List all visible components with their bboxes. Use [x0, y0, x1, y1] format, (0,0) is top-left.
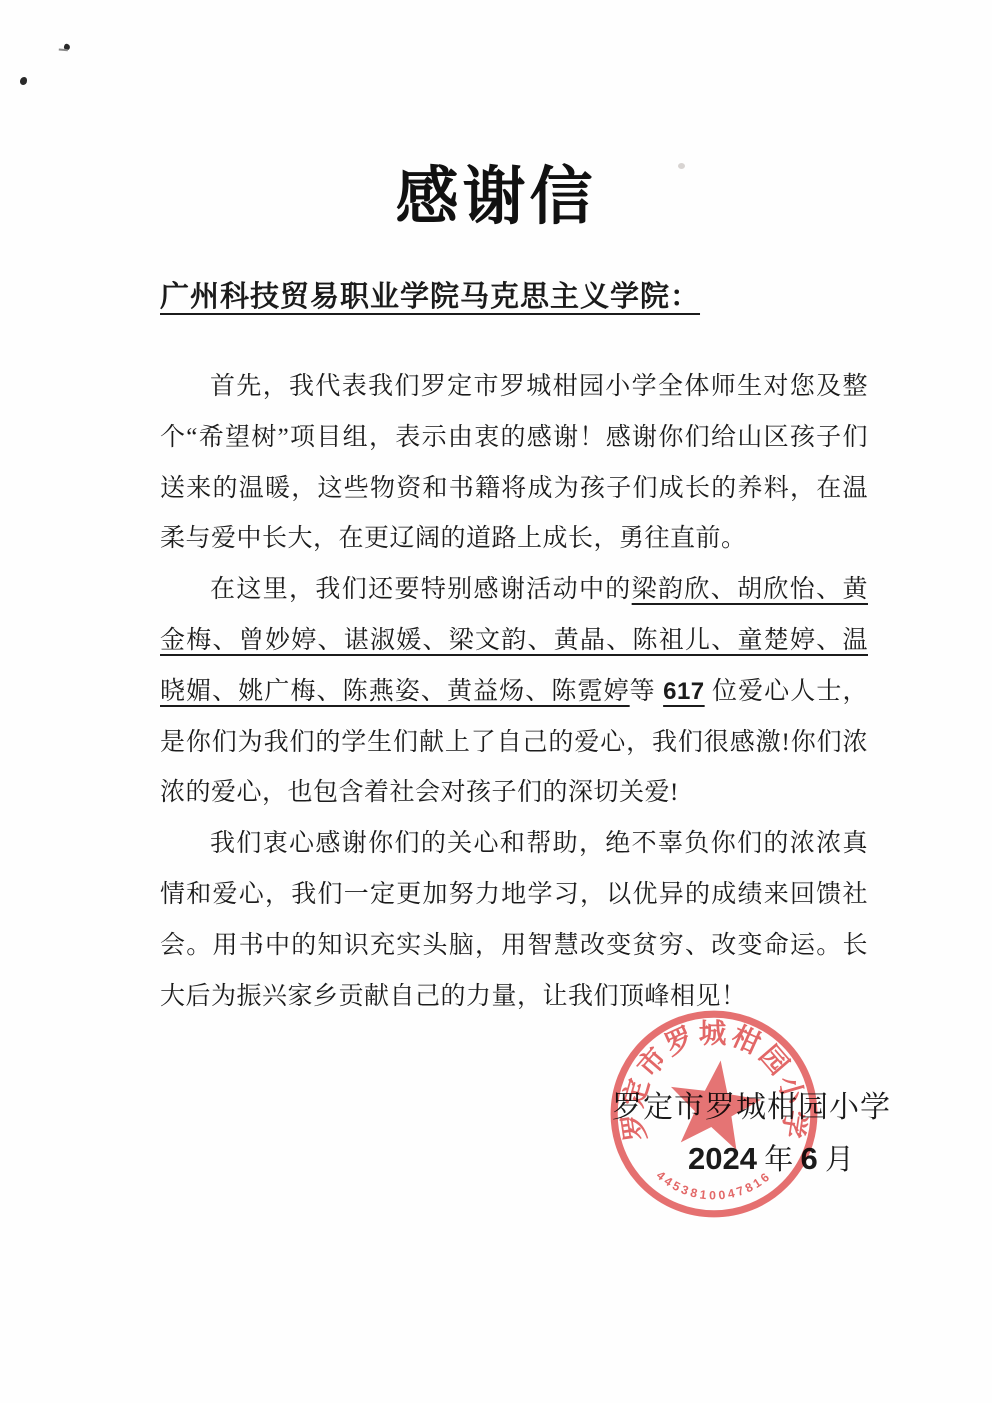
signature-org: 罗定市罗城柑园小学: [612, 1082, 891, 1126]
paragraph: 在这里，我们还要特别感谢活动中的梁韵欣、胡欣怡、黄金梅、曾妙婷、谌淑媛、梁文韵、…: [160, 565, 868, 819]
signature-date-month: 6: [800, 1141, 817, 1176]
page-title: 感谢信: [0, 146, 992, 237]
salutation-line: 广州科技贸易职业学院马克思主义学院：: [160, 274, 700, 315]
text-run: 我们衷心感谢你们的关心和帮助，绝不辜负你们的浓浓真情和爱心，我们一定更加努力地学…: [160, 830, 868, 1009]
text-run: 在这里，我们还要特别感谢活动中的: [210, 576, 632, 603]
scan-speck: [63, 43, 71, 51]
text-run: 617: [663, 678, 705, 705]
paragraph: 我们衷心感谢你们的关心和帮助，绝不辜负你们的浓浓真情和爱心，我们一定更加努力地学…: [160, 819, 868, 1022]
body-paragraphs: 首先，我代表我们罗定市罗城柑园小学全体师生对您及整个“希望树”项目组，表示由衷的…: [160, 362, 868, 1022]
signature-date-month-label: 月: [825, 1144, 854, 1176]
text-run: 首先，我代表我们罗定市罗城柑园小学全体师生对您及整个“希望树”项目组，表示由衷的…: [160, 373, 868, 552]
text-run: 等: [630, 678, 663, 705]
signature-date-year: 2024: [688, 1141, 757, 1176]
signature-date: 2024 年 6 月: [688, 1137, 854, 1178]
paragraph: 首先，我代表我们罗定市罗城柑园小学全体师生对您及整个“希望树”项目组，表示由衷的…: [160, 362, 868, 565]
signature-date-year-label: 年: [764, 1144, 800, 1176]
letter-page: 感谢信 广州科技贸易职业学院马克思主义学院： 首先，我代表我们罗定市罗城柑园小学…: [0, 0, 992, 1403]
scan-speck: [20, 77, 27, 85]
